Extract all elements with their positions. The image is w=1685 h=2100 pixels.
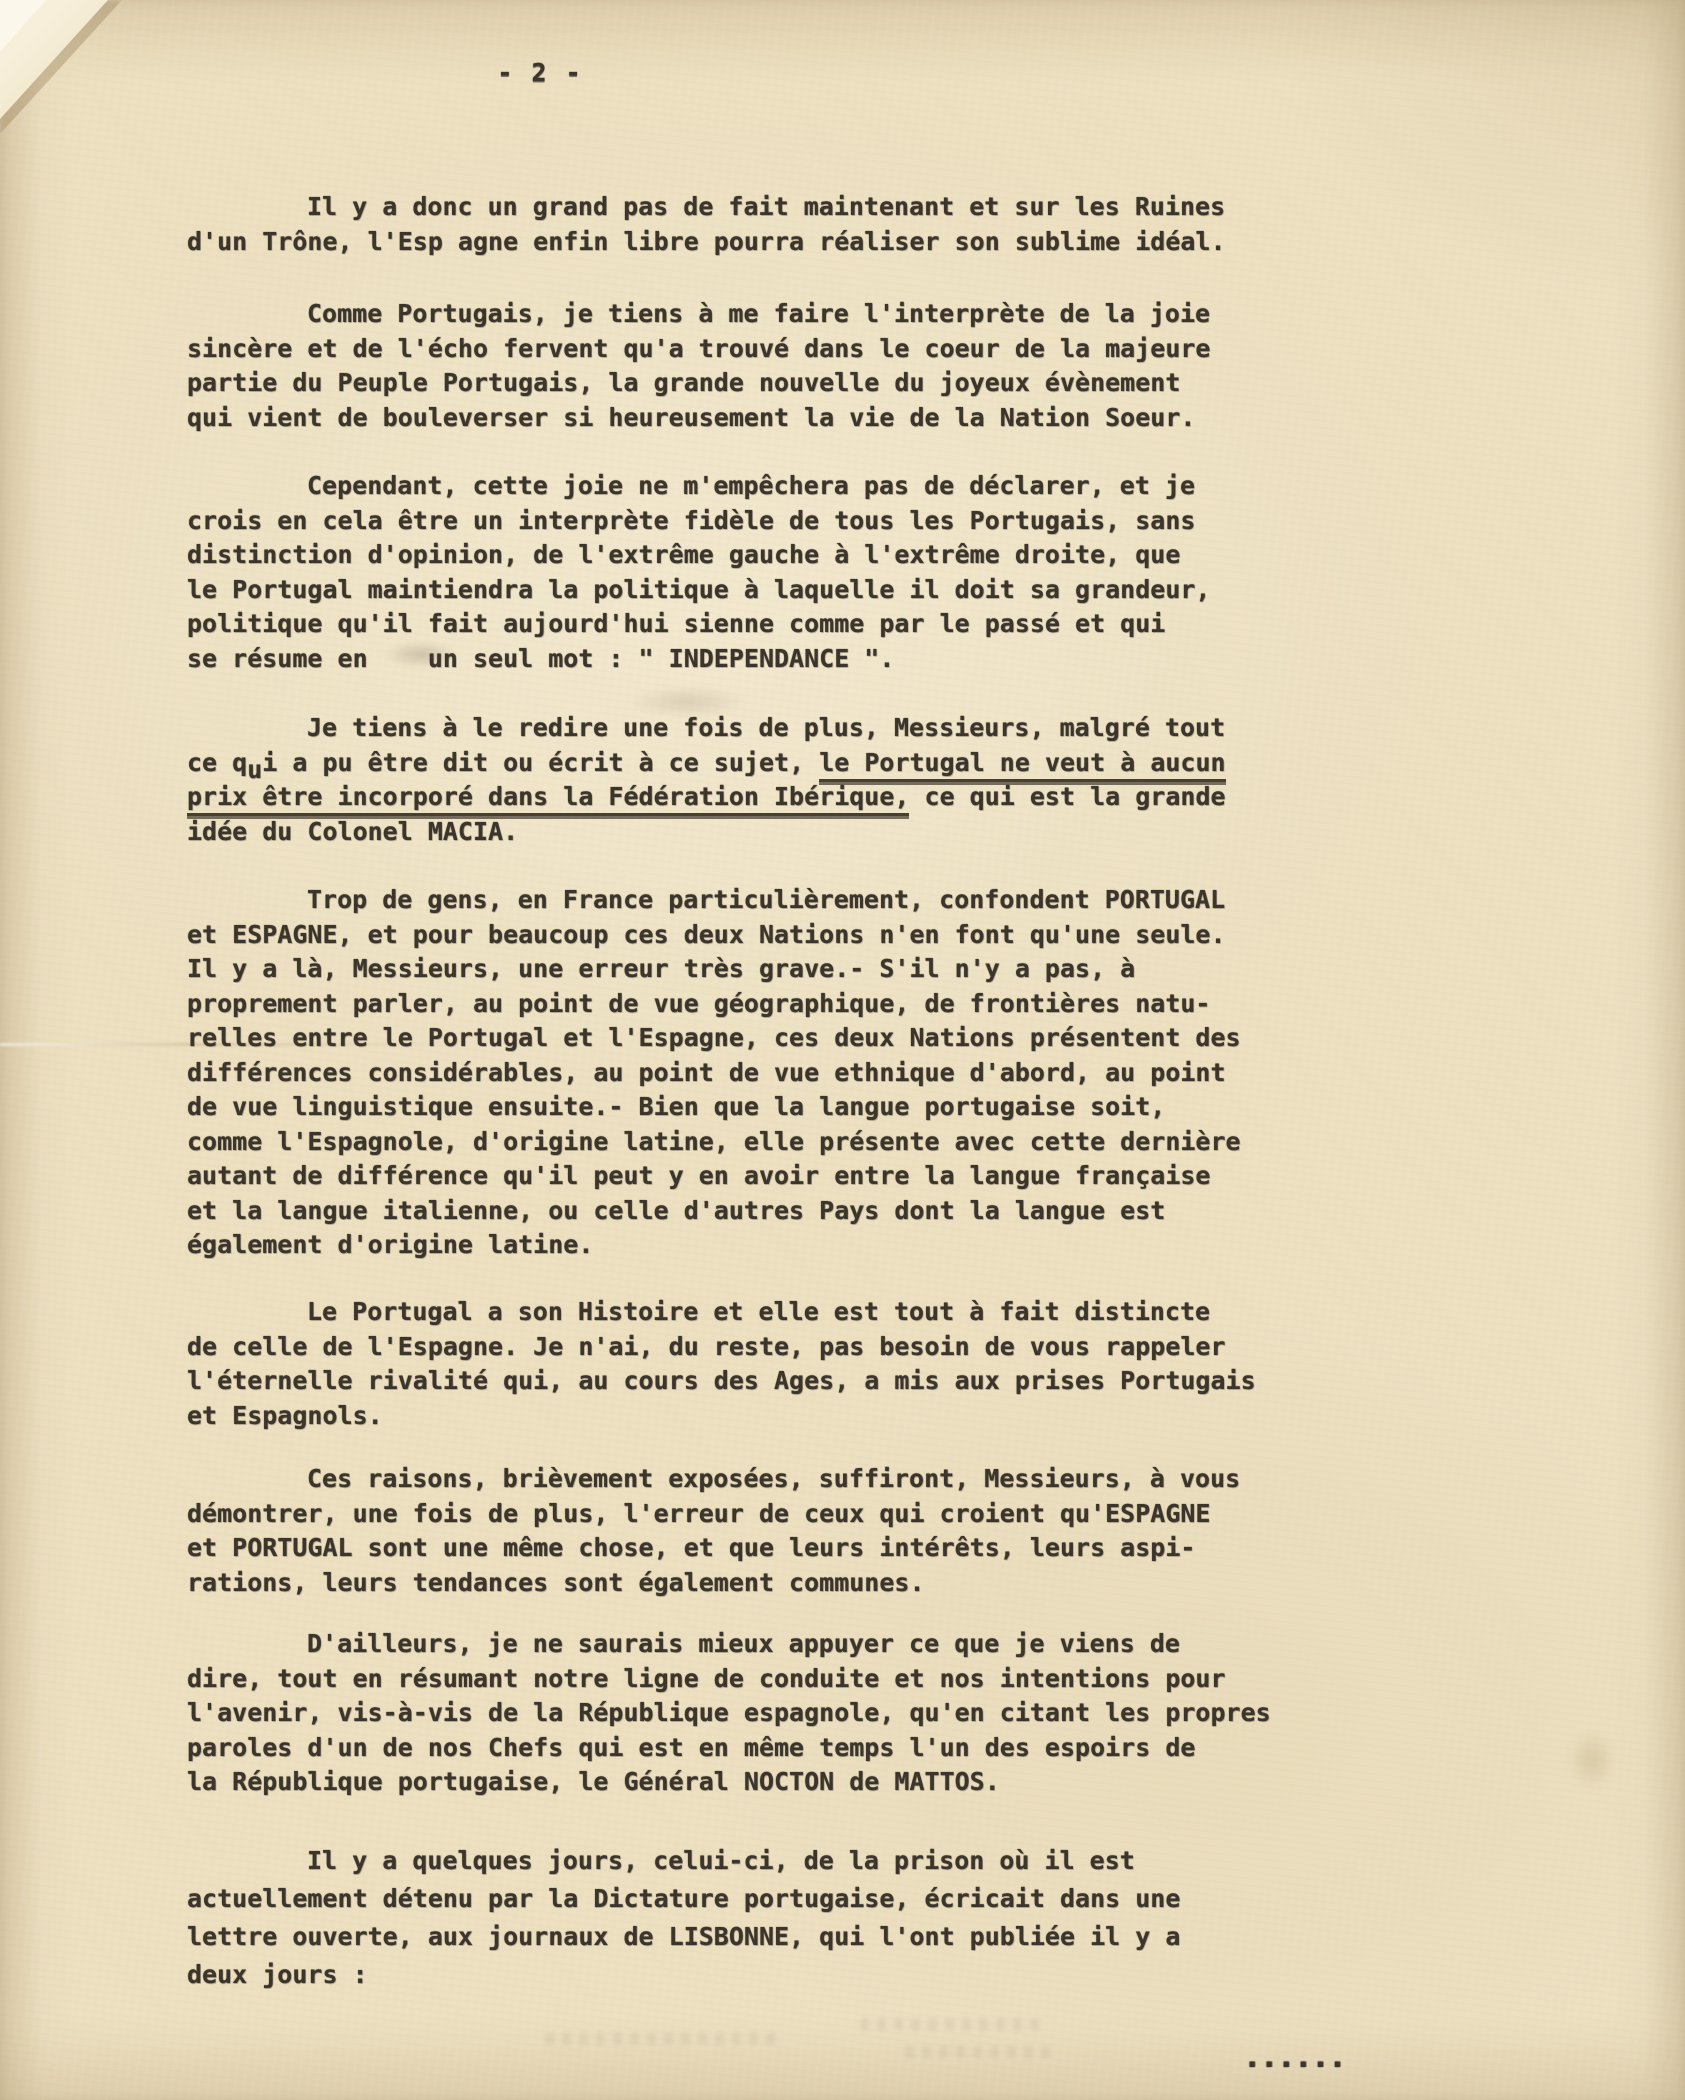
text-line: rations, leurs tendances sont également … [187, 1566, 1607, 1601]
text-segment: dire, tout en résumant notre ligne de co… [187, 1664, 1226, 1693]
text-line: partie du Peuple Portugais, la grande no… [187, 366, 1607, 401]
underlined-text: le Portugal ne veut à aucun [819, 748, 1225, 782]
text-segment: Il y a là, Messieurs, une erreur très gr… [187, 954, 1135, 983]
text-segment: également d'origine latine. [187, 1230, 593, 1259]
paragraph: Il y a donc un grand pas de fait mainten… [187, 190, 1607, 259]
ellipsis-dots: ...... [1243, 2040, 1345, 2075]
text-line: l'avenir, vis-à-vis de la République esp… [187, 1696, 1607, 1731]
text-segment: l'avenir, vis-à-vis de la République esp… [187, 1698, 1271, 1727]
paragraph: Le Portugal a son Histoire et elle est t… [187, 1295, 1607, 1433]
text-segment: la République portugaise, le Général NOC… [187, 1767, 1000, 1796]
text-segment: de celle de l'Espagne. Je n'ai, du reste… [187, 1332, 1226, 1361]
text-segment: lettre ouverte, aux journaux de LISBONNE… [187, 1922, 1180, 1951]
text-line: sincère et de l'écho fervent qu'a trouvé… [187, 332, 1607, 367]
text-segment: l'éternelle rivalité qui, au cours des A… [187, 1366, 1256, 1395]
text-segment: d'un Trône, l'Esp agne enfin libre pourr… [187, 227, 1226, 256]
text-segment: le Portugal maintiendra la politique à l… [187, 575, 1211, 604]
text-line: d'un Trône, l'Esp agne enfin libre pourr… [187, 225, 1607, 260]
text-line: dire, tout en résumant notre ligne de co… [187, 1662, 1607, 1697]
text-segment: démontrer, une fois de plus, l'erreur de… [187, 1499, 1211, 1528]
text-line: la République portugaise, le Général NOC… [187, 1765, 1607, 1800]
text-line: ce qui a pu être dit ou écrit à ce sujet… [187, 746, 1607, 781]
text-segment: distinction d'opinion, de l'extrême gauc… [187, 540, 1180, 569]
text-segment: Je tiens à le redire une fois de plus, M… [307, 713, 1225, 742]
text-line: prix être incorporé dans la Fédération I… [187, 780, 1607, 815]
text-line: et Espagnols. [187, 1399, 1607, 1434]
text-segment: ce qui est la grande [909, 782, 1225, 811]
text-segment: et la langue italienne, ou celle d'autre… [187, 1196, 1165, 1225]
text-line: crois en cela être un interprète fidèle … [187, 504, 1607, 539]
underlined-text: prix être incorporé dans la Fédération I… [187, 782, 909, 816]
text-segment: se résume en un seul mot : " INDEPENDANC… [187, 644, 894, 673]
text-segment: ce q [187, 748, 247, 777]
text-segment: Il y a donc un grand pas de fait mainten… [307, 192, 1225, 221]
text-segment: deux jours : [187, 1960, 368, 1989]
text-line: et ESPAGNE, et pour beaucoup ces deux Na… [187, 918, 1607, 953]
dropped-letter: u [247, 755, 262, 784]
text-segment: D'ailleurs, je ne saurais mieux appuyer … [307, 1629, 1180, 1658]
paragraph: Comme Portugais, je tiens à me faire l'i… [187, 297, 1607, 435]
text-line: différences considérables, au point de v… [187, 1056, 1607, 1091]
text-segment: partie du Peuple Portugais, la grande no… [187, 368, 1180, 397]
text-line: paroles d'un de nos Chefs qui est en mêm… [187, 1731, 1607, 1766]
text-segment: et PORTUGAL sont une même chose, et que … [187, 1533, 1195, 1562]
text-segment: comme l'Espagnole, d'origine latine, ell… [187, 1127, 1241, 1156]
text-line: Il y a là, Messieurs, une erreur très gr… [187, 952, 1607, 987]
text-line: Cependant, cette joie ne m'empêchera pas… [187, 469, 1607, 504]
text-segment: différences considérables, au point de v… [187, 1058, 1226, 1087]
text-line: Il y a quelques jours, celui-ci, de la p… [187, 1842, 1607, 1880]
text-segment: paroles d'un de nos Chefs qui est en mêm… [187, 1733, 1195, 1762]
text-line: l'éternelle rivalité qui, au cours des A… [187, 1364, 1607, 1399]
text-line: et la langue italienne, ou celle d'autre… [187, 1194, 1607, 1229]
text-segment: proprement parler, au point de vue géogr… [187, 989, 1211, 1018]
text-line: Ces raisons, brièvement exposées, suffir… [187, 1462, 1607, 1497]
text-line: Il y a donc un grand pas de fait mainten… [187, 190, 1607, 225]
text-segment: politique qu'il fait aujourd'hui sienne … [187, 609, 1165, 638]
text-line: de celle de l'Espagne. Je n'ai, du reste… [187, 1330, 1607, 1365]
text-segment: Trop de gens, en France particulièrement… [307, 885, 1225, 914]
text-line: D'ailleurs, je ne saurais mieux appuyer … [187, 1627, 1607, 1662]
text-line: Comme Portugais, je tiens à me faire l'i… [187, 297, 1607, 332]
text-line: actuellement détenu par la Dictature por… [187, 1880, 1607, 1918]
text-line: distinction d'opinion, de l'extrême gauc… [187, 538, 1607, 573]
text-line: se résume en un seul mot : " INDEPENDANC… [187, 642, 1607, 677]
text-line: démontrer, une fois de plus, l'erreur de… [187, 1497, 1607, 1532]
text-segment: autant de différence qu'il peut y en avo… [187, 1161, 1211, 1190]
text-segment: relles entre le Portugal et l'Espagne, c… [187, 1023, 1241, 1052]
text-line: autant de différence qu'il peut y en avo… [187, 1159, 1607, 1194]
text-line: de vue linguistique ensuite.- Bien que l… [187, 1090, 1607, 1125]
text-line: Le Portugal a son Histoire et elle est t… [187, 1295, 1607, 1330]
text-segment: crois en cela être un interprète fidèle … [187, 506, 1195, 535]
text-line: relles entre le Portugal et l'Espagne, c… [187, 1021, 1607, 1056]
text-line: politique qu'il fait aujourd'hui sienne … [187, 607, 1607, 642]
paragraph: Il y a quelques jours, celui-ci, de la p… [187, 1842, 1607, 1994]
paragraph: Trop de gens, en France particulièrement… [187, 883, 1607, 1263]
text-segment: sincère et de l'écho fervent qu'a trouvé… [187, 334, 1211, 363]
text-segment: i a pu être dit ou écrit à ce sujet, [262, 748, 819, 777]
text-segment: Il y a quelques jours, celui-ci, de la p… [307, 1846, 1135, 1875]
text-segment: Cependant, cette joie ne m'empêchera pas… [307, 471, 1195, 500]
text-line: lettre ouverte, aux journaux de LISBONNE… [187, 1918, 1607, 1956]
text-line: comme l'Espagnole, d'origine latine, ell… [187, 1125, 1607, 1160]
text-segment: actuellement détenu par la Dictature por… [187, 1884, 1180, 1913]
paragraph: Ces raisons, brièvement exposées, suffir… [187, 1462, 1607, 1600]
scanned-document-page: - 2 - Il y a donc un grand pas de fait m… [0, 0, 1685, 2100]
text-line: le Portugal maintiendra la politique à l… [187, 573, 1607, 608]
text-line: également d'origine latine. [187, 1228, 1607, 1263]
text-line: idée du Colonel MACIA. [187, 815, 1607, 850]
text-segment: et ESPAGNE, et pour beaucoup ces deux Na… [187, 920, 1226, 949]
text-line: Trop de gens, en France particulièrement… [187, 883, 1607, 918]
text-segment: Le Portugal a son Histoire et elle est t… [307, 1297, 1210, 1326]
text-segment: idée du Colonel MACIA. [187, 817, 518, 846]
text-line: qui vient de bouleverser si heureusement… [187, 401, 1607, 436]
text-segment: qui vient de bouleverser si heureusement… [187, 403, 1195, 432]
text-line: proprement parler, au point de vue géogr… [187, 987, 1607, 1022]
text-line: deux jours : [187, 1956, 1607, 1994]
text-line: Je tiens à le redire une fois de plus, M… [187, 711, 1607, 746]
paragraph: Cependant, cette joie ne m'empêchera pas… [187, 469, 1607, 676]
paragraph: D'ailleurs, je ne saurais mieux appuyer … [187, 1627, 1607, 1800]
paragraph: Je tiens à le redire une fois de plus, M… [187, 711, 1607, 849]
page-number: - 2 - [470, 58, 610, 90]
text-segment: de vue linguistique ensuite.- Bien que l… [187, 1092, 1165, 1121]
text-segment: Ces raisons, brièvement exposées, suffir… [307, 1464, 1240, 1493]
text-line: et PORTUGAL sont une même chose, et que … [187, 1531, 1607, 1566]
text-segment: Comme Portugais, je tiens à me faire l'i… [307, 299, 1210, 328]
text-segment: rations, leurs tendances sont également … [187, 1568, 925, 1597]
text-segment: et Espagnols. [187, 1401, 383, 1430]
